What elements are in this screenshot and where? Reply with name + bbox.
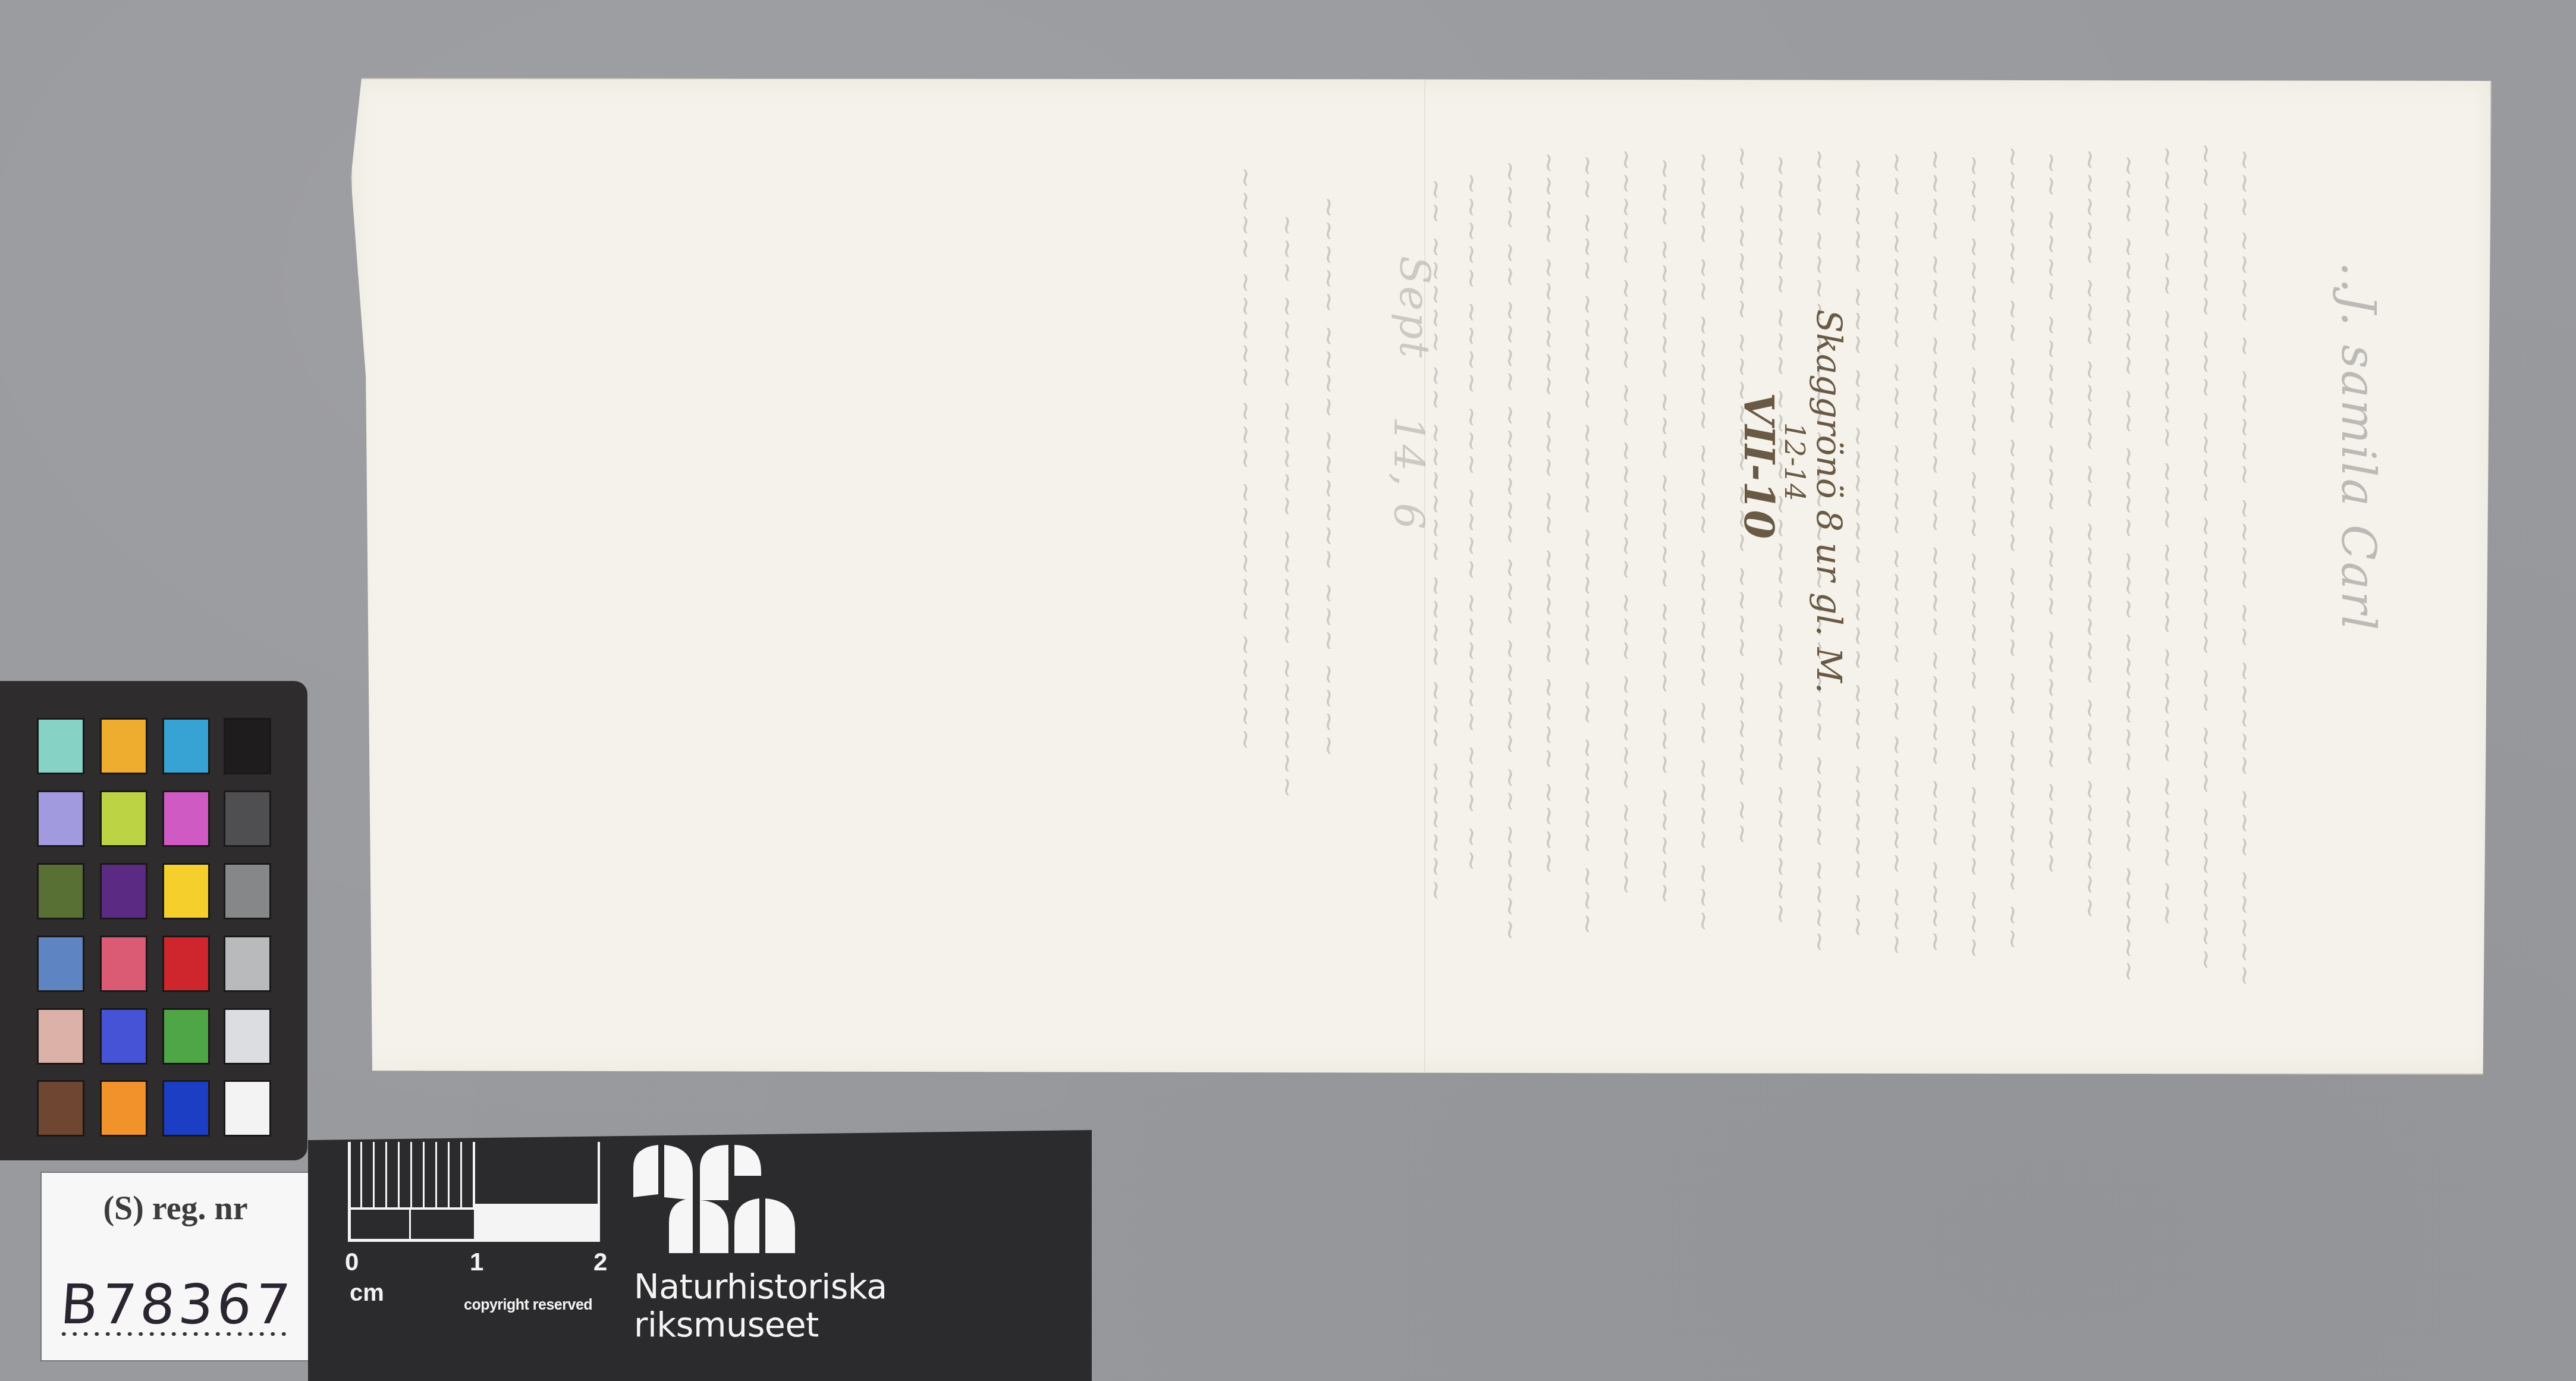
pencil-line: ~~~~~~ ~~~ ~~~~ ~~~~~ ~~ ~~~~ ~~~~~~ (1765, 155, 1796, 927)
registration-label: (S) reg. nr B78367 (42, 1173, 309, 1360)
color-swatch (39, 1082, 83, 1135)
pencil-line: ~~ ~~~~~ ~~~ ~~~~ ~~~~~~ ~~ ~~~ ~~~~~~~ (2191, 143, 2221, 972)
ink-annotation-date: VII-10 (1735, 393, 1784, 539)
color-swatch (39, 865, 83, 918)
color-swatch (225, 865, 269, 918)
date-mark-number: 14, 6 (1384, 416, 1433, 531)
pencil-line: ~~ ~~~~~~ ~~~ ~~~~ ~~~~~ ~~ ~~~~~~ ~~~ (1881, 152, 1912, 958)
pencil-line: ~~~ ~~~~~~ ~~ ~~~~ ~~~ ~~~~~~ ~~~ ~~~~~ (2113, 155, 2144, 984)
museum-name-line1: Naturhistoriska (634, 1268, 887, 1306)
museum-name-line2: riksmuseet (634, 1306, 819, 1344)
closing-line: ~~~~ ~~~~~ ~~~ ~~~~~~ ~~~~~ (1230, 167, 1261, 752)
color-swatch (102, 1010, 146, 1063)
color-swatch (225, 1010, 269, 1063)
color-swatch (225, 720, 269, 773)
color-swatch (225, 1082, 269, 1135)
date-mark-sept: Sept (1390, 256, 1439, 359)
letter-salutation: ..J. samila Carl (2331, 262, 2385, 632)
color-swatch (164, 720, 208, 773)
nrm-logo-icon (633, 1145, 797, 1253)
copyright-text: copyright reserved (464, 1297, 592, 1314)
color-swatch (164, 1010, 208, 1063)
registration-number: B78367 (58, 1273, 296, 1336)
color-swatch (102, 937, 146, 990)
pencil-line: ~~~~~ ~~~ ~~~~ ~~ ~~~~~~~ ~~~ ~~~~~~ (2075, 149, 2105, 921)
dotted-line (58, 1332, 291, 1336)
pencil-line: ~~~~~ ~~~~ ~~~ ~~~~ ~~~~~~ ~~~ ~~ (1456, 172, 1487, 873)
color-swatch (39, 720, 83, 773)
pencil-line: ~~~ ~~~~ ~ ~~~~~ ~~~~ ~~ ~~~~~ ~~~ ~~~~~ (2229, 149, 2260, 988)
registration-title: (S) reg. nr (42, 1189, 309, 1228)
pencil-line: ~~~ ~~~~~~ ~~~ ~~~~~ ~~~~ ~~~ ~~~~~ (1650, 158, 1680, 906)
color-swatch (39, 792, 83, 845)
scale-tick-1: 1 (470, 1248, 483, 1276)
scale-unit: cm (350, 1280, 384, 1307)
color-calibration-chart (0, 681, 307, 1160)
color-swatch (225, 937, 269, 990)
pencil-line: ~~~~ ~~~ ~~~~~~ ~~ ~~~~ ~~~~~ ~~~ ~~~~ (1920, 149, 1950, 955)
ink-annotation-locality: Skaggrönö 8 ur gl. M. (1809, 309, 1849, 693)
scale-tick-2: 2 (593, 1248, 607, 1276)
color-swatch (164, 1082, 208, 1135)
pencil-line: ~~ ~~~~ ~~~~~ ~~~ ~~~~ ~~~~~~ ~~~~ (2036, 152, 2066, 876)
color-swatch (39, 937, 83, 990)
pencil-line: ~~~~ ~~ ~~~~~~ ~~~ ~~~~ ~~~~~ ~~~~ ~~ (2152, 146, 2182, 928)
color-swatch (102, 720, 146, 773)
pencil-line: ~~~ ~~~~~ ~~~~ ~~~ ~~~~~~ ~~~ ~~~~ ~~~ (1959, 155, 1989, 961)
closing-line: ~~~~~ ~~~~ ~~~~~~ ~~~ ~~~~ (1314, 196, 1344, 758)
color-swatch (164, 937, 208, 990)
color-swatch (39, 1010, 83, 1063)
color-swatch (164, 865, 208, 918)
color-swatch (102, 792, 146, 845)
color-swatch (102, 1082, 146, 1135)
pencil-line: ~~~~~~ ~~ ~~~ ~~~~~ ~~~~ ~~ ~~~~~~~ ~~ (1997, 146, 2028, 952)
color-swatch (102, 865, 146, 918)
pencil-line: ~~~~ ~~~~~~ ~~~ ~~ ~~~~~ ~~~~ ~~~~ (1534, 152, 1564, 876)
museum-label: 0 1 2 cm copyright reserved Naturhistori… (308, 1130, 1092, 1381)
color-swatch (164, 792, 208, 845)
pencil-line: ~~~~~ ~~~~ ~~ ~~~~~~ ~~~ ~~~~~ ~~~~ (1611, 149, 1641, 897)
pencil-line: ~~ ~~~ ~~~~~ ~~~~ ~~~~~~ ~~ ~~~~~ ~~~ (1572, 155, 1603, 937)
pencil-line: ~~~ ~~ ~~~~ ~~~~~~ ~~~ ~~~~~ ~~ ~~~~~ (1495, 161, 1525, 943)
pencil-line: ~~~~ ~~ ~~~~~ ~~~~ ~~~~~~ ~~ ~~~~ ~~~ (1688, 152, 1719, 934)
scale-tick-0: 0 (345, 1248, 359, 1276)
closing-line: ~~~ ~~~~ ~~~~~ ~~~~~ ~~~~~~ (1272, 214, 1302, 800)
color-swatch (225, 792, 269, 845)
scale-ruler (348, 1142, 600, 1242)
